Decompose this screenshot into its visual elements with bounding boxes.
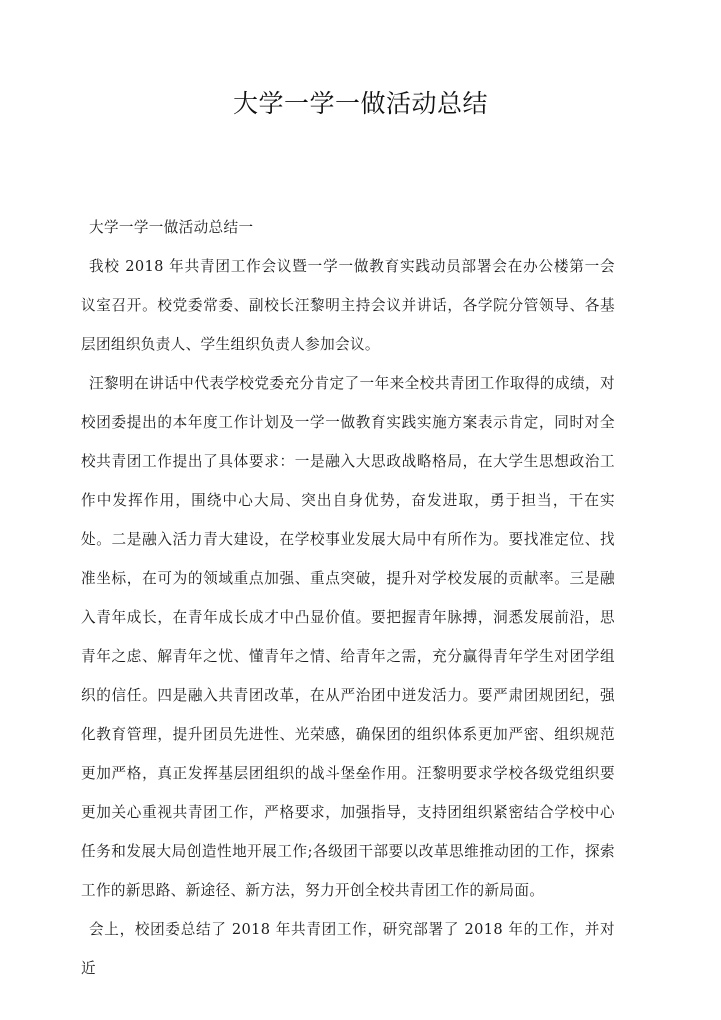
paragraph-3: 会上，校团委总结了 2018 年共青团工作，研究部署了 2018 年的工作，并对…	[81, 910, 615, 988]
paragraph-1: 我校 2018 年共青团工作会议暨一学一做教育实践动员部署会在办公楼第一会议室召…	[81, 247, 615, 364]
document-body: 大学一学一做活动总结一 我校 2018 年共青团工作会议暨一学一做教育实践动员部…	[81, 208, 615, 988]
section-subtitle: 大学一学一做活动总结一	[81, 208, 615, 247]
document-page: 大学一学一做活动总结 大学一学一做活动总结一 我校 2018 年共青团工作会议暨…	[0, 0, 721, 1020]
paragraph-2: 汪黎明在讲话中代表学校党委充分肯定了一年来全校共青团工作取得的成绩，对校团委提出…	[81, 364, 615, 910]
document-title: 大学一学一做活动总结	[0, 86, 721, 122]
